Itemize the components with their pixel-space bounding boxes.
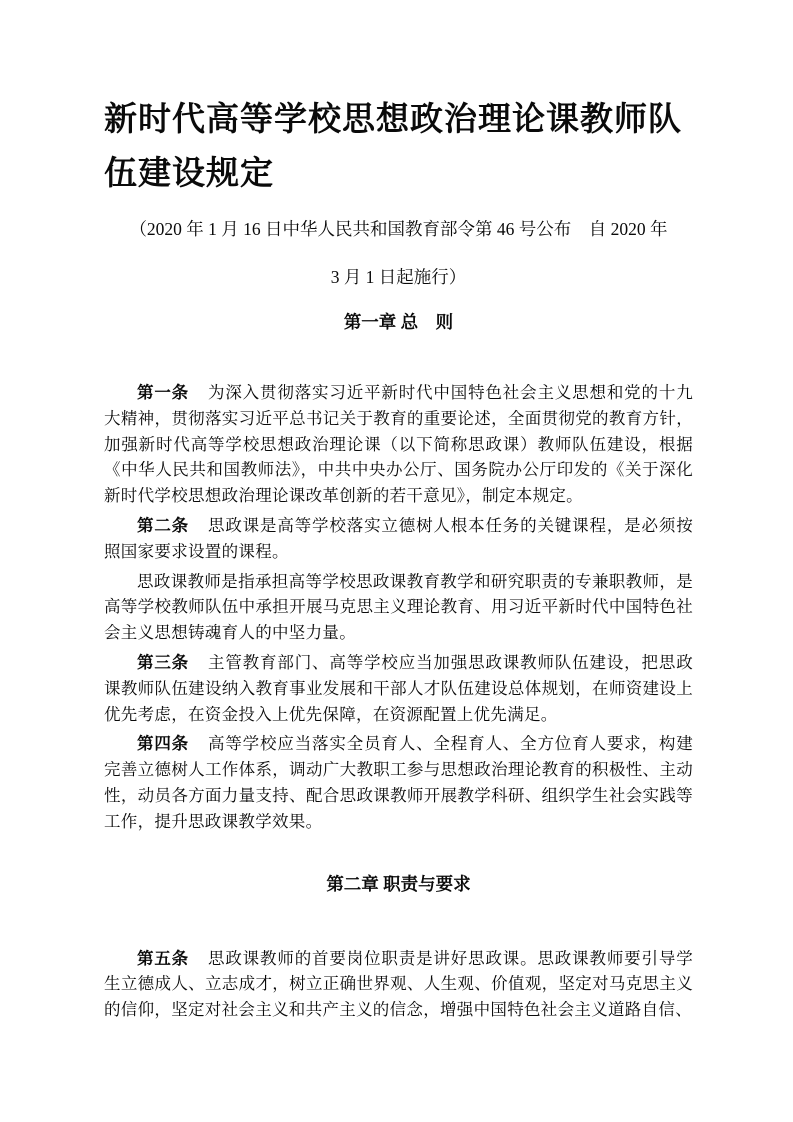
article-2-continuation-text: 思政课教师是指承担高等学校思政课教育教学和研究职责的专兼职教师，是高等学校教师队… xyxy=(104,572,693,643)
article-4: 第四条高等学校应当落实全员育人、全程育人、全方位育人要求，构建完善立德树人工作体… xyxy=(104,731,693,834)
article-1: 第一条为深入贯彻落实习近平新时代中国特色社会主义思想和党的十九大精神，贯彻落实习… xyxy=(104,380,693,509)
chapter-1-section: 第一章 总 则 第一条为深入贯彻落实习近平新时代中国特色社会主义思想和党的十九大… xyxy=(104,309,693,835)
article-5-text: 思政课教师的首要岗位职责是讲好思政课。思政课教师要引导学生立德成人、立志成才，树… xyxy=(104,949,693,1020)
chapter-1-heading: 第一章 总 则 xyxy=(104,309,693,335)
promulgation-line-1: （2020 年 1 月 16 日中华人民共和国教育部令第 46 号公布 自 20… xyxy=(104,205,693,253)
article-3-text: 主管教育部门、高等学校应当加强思政课教师队伍建设，把思政课教师队伍建设纳入教育事… xyxy=(104,653,693,724)
promulgation-line-2: 3 月 1 日起施行） xyxy=(104,253,693,301)
article-3: 第三条主管教育部门、高等学校应当加强思政课教师队伍建设，把思政课教师队伍建设纳入… xyxy=(104,650,693,727)
article-4-text: 高等学校应当落实全员育人、全程育人、全方位育人要求，构建完善立德树人工作体系，调… xyxy=(104,734,693,830)
article-5: 第五条思政课教师的首要岗位职责是讲好思政课。思政课教师要引导学生立德成人、立志成… xyxy=(104,946,693,1023)
article-1-text: 为深入贯彻落实习近平新时代中国特色社会主义思想和党的十九大精神，贯彻落实习近平总… xyxy=(104,383,693,505)
article-1-label: 第一条 xyxy=(137,383,189,402)
article-2-continuation: 思政课教师是指承担高等学校思政课教育教学和研究职责的专兼职教师，是高等学校教师队… xyxy=(104,569,693,646)
document-page: 新时代高等学校思想政治理论课教师队伍建设规定 （2020 年 1 月 16 日中… xyxy=(0,0,793,1122)
promulgation-note: （2020 年 1 月 16 日中华人民共和国教育部令第 46 号公布 自 20… xyxy=(104,205,693,301)
article-4-label: 第四条 xyxy=(137,734,189,753)
article-3-label: 第三条 xyxy=(137,653,189,672)
article-2-text: 思政课是高等学校落实立德树人根本任务的关键课程，是必须按照国家要求设置的课程。 xyxy=(104,516,693,561)
document-title: 新时代高等学校思想政治理论课教师队伍建设规定 xyxy=(104,93,693,201)
chapter-2-section: 第二章 职责与要求 第五条思政课教师的首要岗位职责是讲好思政课。思政课教师要引导… xyxy=(104,871,693,1023)
article-2-label: 第二条 xyxy=(137,516,189,535)
article-2: 第二条思政课是高等学校落实立德树人根本任务的关键课程，是必须按照国家要求设置的课… xyxy=(104,513,693,565)
article-5-label: 第五条 xyxy=(137,949,189,968)
chapter-2-heading: 第二章 职责与要求 xyxy=(104,871,693,897)
